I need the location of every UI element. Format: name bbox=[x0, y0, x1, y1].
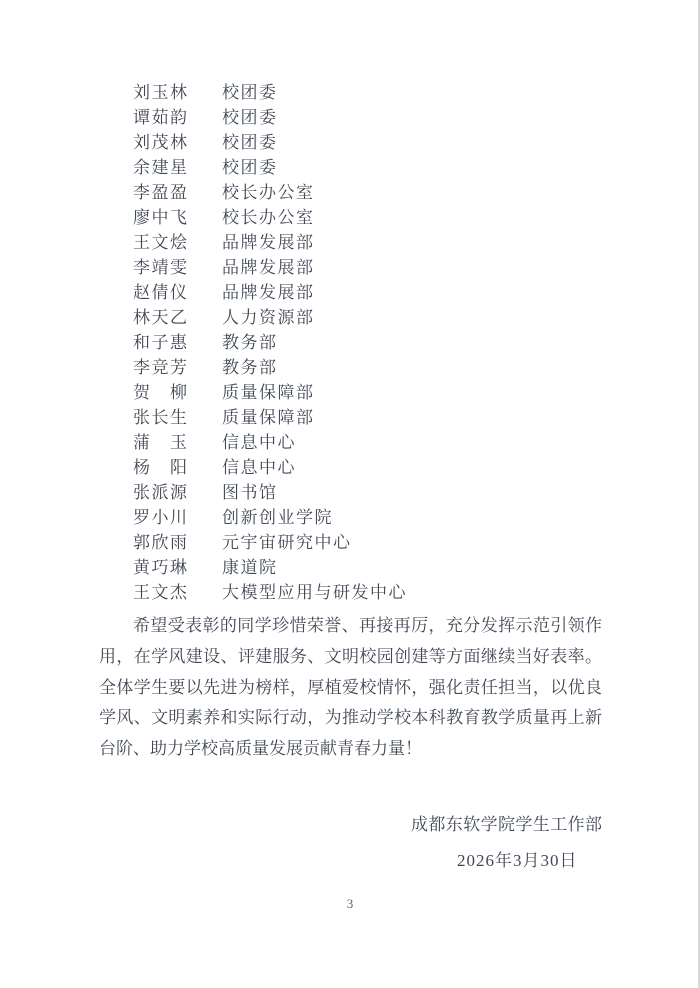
recipient-name: 和子惠 bbox=[133, 330, 222, 355]
paragraph-line: 全体学生要以先进为榜样，厚植爱校情怀，强化责任担当，以优良 bbox=[99, 673, 602, 704]
signature-date: 2026年3月30日 bbox=[457, 846, 578, 871]
recipient-list: 刘玉林 校团委 谭茹韵 校团委 刘茂林 校团委 余建星 校团委 李盈盈 校长办公… bbox=[133, 80, 407, 605]
paragraph-line: 台阶、助力学校高质量发展贡献青春力量！ bbox=[99, 734, 602, 765]
list-item: 蒲 玉 信息中心 bbox=[133, 430, 407, 455]
paragraph-line: 希望受表彰的同学珍惜荣誉、再接再厉，充分发挥示范引领作 bbox=[99, 611, 602, 642]
recipient-department: 校长办公室 bbox=[222, 205, 315, 230]
recipient-department: 品牌发展部 bbox=[222, 255, 315, 280]
recipient-name: 郭欣雨 bbox=[133, 530, 222, 555]
recipient-department: 校团委 bbox=[222, 130, 278, 155]
list-item: 李盈盈 校长办公室 bbox=[133, 180, 407, 205]
recipient-name: 李竞芳 bbox=[133, 355, 222, 380]
list-item: 黄巧琳 康道院 bbox=[133, 555, 407, 580]
recipient-name: 罗小川 bbox=[133, 505, 222, 530]
list-item: 郭欣雨 元宇宙研究中心 bbox=[133, 530, 407, 555]
recipient-name: 林天乙 bbox=[133, 305, 222, 330]
signature-organization: 成都东软学院学生工作部 bbox=[411, 810, 602, 835]
recipient-department: 品牌发展部 bbox=[222, 280, 315, 305]
recipient-department: 图书馆 bbox=[222, 480, 278, 505]
list-item: 赵倩仪 品牌发展部 bbox=[133, 280, 407, 305]
list-item: 刘玉林 校团委 bbox=[133, 80, 407, 105]
recipient-department: 校团委 bbox=[222, 105, 278, 130]
recipient-department: 创新创业学院 bbox=[222, 505, 333, 530]
list-item: 王文杰 大模型应用与研发中心 bbox=[133, 580, 407, 605]
list-item: 余建星 校团委 bbox=[133, 155, 407, 180]
list-item: 李竞芳 教务部 bbox=[133, 355, 407, 380]
list-item: 廖中飞 校长办公室 bbox=[133, 205, 407, 230]
list-item: 李靖雯 品牌发展部 bbox=[133, 255, 407, 280]
list-item: 罗小川 创新创业学院 bbox=[133, 505, 407, 530]
recipient-department: 校团委 bbox=[222, 80, 278, 105]
recipient-department: 人力资源部 bbox=[222, 305, 315, 330]
recipient-name: 王文杰 bbox=[133, 580, 222, 605]
recipient-name: 谭茹韵 bbox=[133, 105, 222, 130]
recipient-department: 质量保障部 bbox=[222, 380, 315, 405]
list-item: 王文烩 品牌发展部 bbox=[133, 230, 407, 255]
list-item: 林天乙 人力资源部 bbox=[133, 305, 407, 330]
recipient-name: 黄巧琳 bbox=[133, 555, 222, 580]
recipient-department: 品牌发展部 bbox=[222, 230, 315, 255]
list-item: 刘茂林 校团委 bbox=[133, 130, 407, 155]
recipient-name: 李靖雯 bbox=[133, 255, 222, 280]
recipient-department: 教务部 bbox=[222, 330, 278, 355]
paragraph-line: 学风、文明素养和实际行动，为推动学校本科教育教学质量再上新 bbox=[99, 703, 602, 734]
recipient-name: 刘玉林 bbox=[133, 80, 222, 105]
recipient-department: 校团委 bbox=[222, 155, 278, 180]
recipient-name: 杨 阳 bbox=[133, 455, 222, 480]
recipient-name: 廖中飞 bbox=[133, 205, 222, 230]
list-item: 张派源 图书馆 bbox=[133, 480, 407, 505]
recipient-name: 张长生 bbox=[133, 405, 222, 430]
closing-paragraph: 希望受表彰的同学珍惜荣誉、再接再厉，充分发挥示范引领作用，在学风建设、评建服务、… bbox=[99, 611, 602, 765]
document-page: 刘玉林 校团委 谭茹韵 校团委 刘茂林 校团委 余建星 校团委 李盈盈 校长办公… bbox=[0, 0, 700, 988]
recipient-name: 赵倩仪 bbox=[133, 280, 222, 305]
paragraph-line: 用，在学风建设、评建服务、文明校园创建等方面继续当好表率。 bbox=[99, 642, 602, 673]
recipient-department: 大模型应用与研发中心 bbox=[222, 580, 407, 605]
recipient-name: 蒲 玉 bbox=[133, 430, 222, 455]
list-item: 谭茹韵 校团委 bbox=[133, 105, 407, 130]
recipient-name: 王文烩 bbox=[133, 230, 222, 255]
recipient-name: 刘茂林 bbox=[133, 130, 222, 155]
recipient-department: 元宇宙研究中心 bbox=[222, 530, 352, 555]
recipient-department: 校长办公室 bbox=[222, 180, 315, 205]
recipient-department: 康道院 bbox=[222, 555, 278, 580]
recipient-name: 张派源 bbox=[133, 480, 222, 505]
list-item: 贺 柳 质量保障部 bbox=[133, 380, 407, 405]
list-item: 和子惠 教务部 bbox=[133, 330, 407, 355]
recipient-department: 信息中心 bbox=[222, 430, 296, 455]
recipient-name: 李盈盈 bbox=[133, 180, 222, 205]
recipient-department: 教务部 bbox=[222, 355, 278, 380]
list-item: 杨 阳 信息中心 bbox=[133, 455, 407, 480]
recipient-name: 余建星 bbox=[133, 155, 222, 180]
page-number: 3 bbox=[0, 896, 700, 912]
recipient-name: 贺 柳 bbox=[133, 380, 222, 405]
recipient-department: 信息中心 bbox=[222, 455, 296, 480]
list-item: 张长生 质量保障部 bbox=[133, 405, 407, 430]
recipient-department: 质量保障部 bbox=[222, 405, 315, 430]
